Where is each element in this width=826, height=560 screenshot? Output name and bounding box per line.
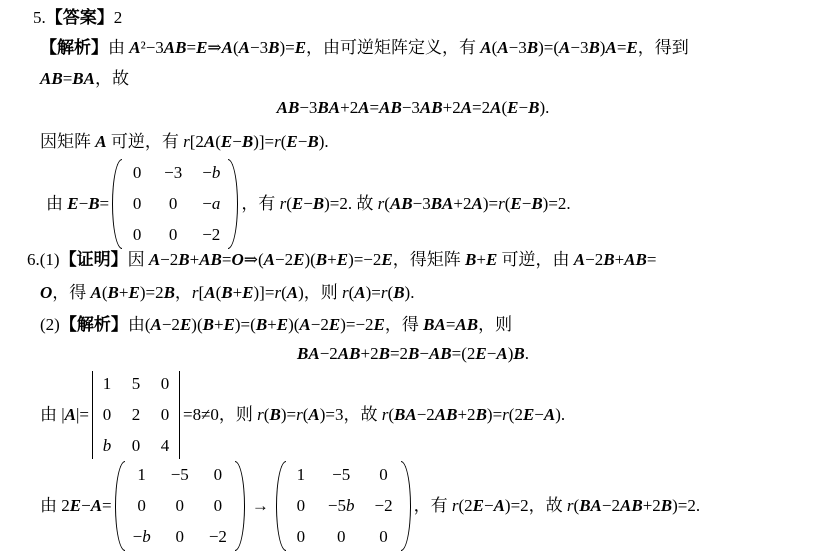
p6-transform-line: 由 2E−A= 1−50000−b0−2 → 1−500−5b−2000 ，有 … xyxy=(40,461,700,551)
p6-part1-label: (1) xyxy=(40,250,60,269)
p5-analysis-math: 由 A²−3AB=E⇒A(A−3B)=E，由可逆矩阵定义，有 A(A−3B)=(… xyxy=(108,38,689,57)
p5-matrix-suffix: ，有 r(E−B)=2. 故 r(AB−3BA+2A)=r(E−B)=2. xyxy=(241,192,570,216)
p6-part1-math1: 因 A−2B+AB=O⇒(A−2E)(B+E)=−2E，得矩阵 B+E 可逆，由… xyxy=(128,250,657,269)
p6-number: 6. xyxy=(27,250,40,269)
matrix-e-minus-b: 0−3−b00−a00−2 xyxy=(112,159,238,249)
p5-analysis-line1: 【解析】由 A²−3AB=E⇒A(A−3B)=E，由可逆矩阵定义，有 A(A−3… xyxy=(40,36,689,60)
p6-analysis-label: 【解析】 xyxy=(60,315,128,334)
matrix-2e-minus-a-before: 1−50000−b0−2 xyxy=(115,461,245,551)
p5-matrix-line: 由 E−B= 0−3−b00−a00−2 ，有 r(E−B)=2. 故 r(AB… xyxy=(46,159,571,249)
p5-number: 5. xyxy=(33,8,46,27)
p6-part1-line2: O，得 A(B+E)=2B，r[A(B+E)]=r(A)，则 r(A)=r(B)… xyxy=(40,281,414,305)
solution-page: 5.【答案】2 【解析】由 A²−3AB=E⇒A(A−3B)=E，由可逆矩阵定义… xyxy=(0,0,826,560)
p6-proof-label: 【证明】 xyxy=(60,250,128,269)
p5-invertible-line: 因矩阵 A 可逆，有 r[2A(E−B)]=r(E−B). xyxy=(40,130,329,154)
matrix-2e-minus-a-after: 1−500−5b−2000 xyxy=(276,461,411,551)
p5-answer-line: 5.【答案】2 xyxy=(33,6,122,30)
p5-matrix-prefix: 由 E−B= xyxy=(46,192,109,216)
p6-transform-prefix: 由 2E−A= xyxy=(40,494,112,518)
row-reduce-arrow-icon: → xyxy=(252,494,269,518)
p6-part1-math2: O，得 A(B+E)=2B，r[A(B+E)]=r(A)，则 r(A)=r(B)… xyxy=(40,283,414,302)
p6-eq-math: BA−2AB+2B=2B−AB=(2E−A)B. xyxy=(297,344,529,363)
p5-invertible-math: 因矩阵 A 可逆，有 r[2A(E−B)]=r(E−B). xyxy=(40,132,329,151)
p5-eq-math: AB−3BA+2A=AB−3AB+2A=2A(E−B). xyxy=(277,98,550,117)
p6-centered-equation: BA−2AB+2B=2B−AB=(2E−A)B. xyxy=(0,342,826,366)
p5-answer-value: 2 xyxy=(114,8,123,27)
p6-part1-line1: 6.(1)【证明】因 A−2B+AB=O⇒(A−2E)(B+E)=−2E，得矩阵… xyxy=(27,248,656,272)
p6-det-prefix: 由 |A|= xyxy=(40,403,89,427)
p5-answer-label: 【答案】 xyxy=(46,8,114,27)
p5-analysis-label: 【解析】 xyxy=(40,38,108,57)
determinant-a: 150020b04 xyxy=(92,371,180,459)
p6-determinant-line: 由 |A|= 150020b04 =8≠0，则 r(B)=r(A)=3，故 r(… xyxy=(40,371,565,459)
p5-centered-equation: AB−3BA+2A=AB−3AB+2A=2A(E−B). xyxy=(0,96,826,120)
p6-transform-suffix: ，有 r(2E−A)=2，故 r(BA−2AB+2B)=2. xyxy=(414,494,701,518)
p6-part2-line1: (2)【解析】由(A−2E)(B+E)=(B+E)(A−2E)=−2E，得 BA… xyxy=(40,313,512,337)
p5-analysis-line2: AB=BA，故 xyxy=(40,67,129,91)
p6-part2-math1: 由(A−2E)(B+E)=(B+E)(A−2E)=−2E，得 BA=AB，则 xyxy=(128,315,512,334)
p6-part2-label: (2) xyxy=(40,315,60,334)
p5-abba-math: AB=BA，故 xyxy=(40,69,129,88)
p6-det-suffix: =8≠0，则 r(B)=r(A)=3，故 r(BA−2AB+2B)=r(2E−A… xyxy=(183,403,565,427)
